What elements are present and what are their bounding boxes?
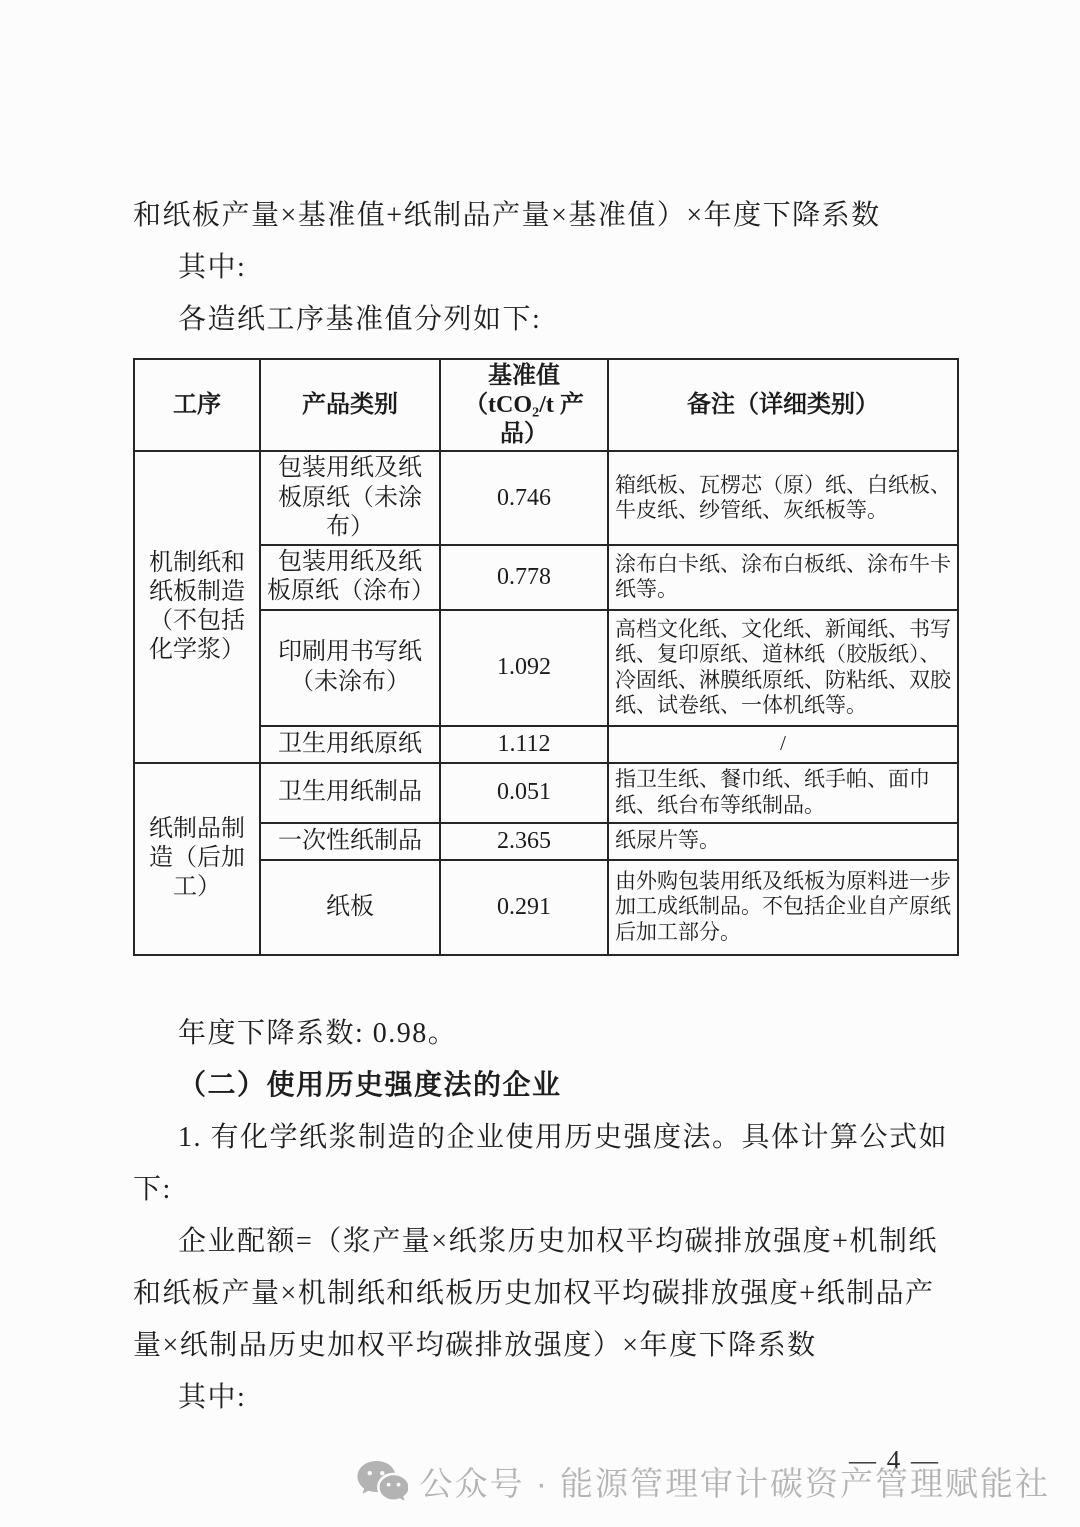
- watermark-text: 公众号 · 能源管理审计碳资产管理赋能社: [420, 1458, 1050, 1505]
- header-process: 工序: [134, 359, 260, 451]
- section-heading: （二）使用历史强度法的企业: [133, 1060, 947, 1112]
- product-cell: 包装用纸及纸板原纸（涂布）: [260, 545, 440, 610]
- among-label: 其中:: [133, 242, 947, 294]
- table-row: 机制纸和纸板制造（不包括化学浆） 包装用纸及纸板原纸（未涂布） 0.746 箱纸…: [134, 451, 958, 545]
- product-cell: 一次性纸制品: [260, 823, 440, 860]
- item1-line2: 下:: [133, 1164, 947, 1216]
- note-cell: 指卫生纸、餐巾纸、纸手帕、面巾纸、纸台布等纸制品。: [608, 763, 958, 823]
- product-cell: 卫生用纸制品: [260, 763, 440, 823]
- value-cell: 0.051: [440, 763, 608, 823]
- process-group-paper-products: 纸制品制造（后加工）: [134, 763, 260, 955]
- among-label-2: 其中:: [133, 1372, 947, 1424]
- note-cell: 高档文化纸、文化纸、新闻纸、书写纸、复印原纸、道林纸（胶版纸）、冷固纸、淋膜纸原…: [608, 610, 958, 726]
- product-cell: 卫生用纸原纸: [260, 726, 440, 763]
- value-cell: 0.746: [440, 451, 608, 545]
- watermark-footer: 公众号 · 能源管理审计碳资产管理赋能社: [0, 1458, 1050, 1505]
- formula2-line1: 企业配额=（浆产量×纸浆历史加权平均碳排放强度+机制纸: [133, 1216, 947, 1268]
- table-intro-line: 各造纸工序基准值分列如下:: [133, 294, 947, 346]
- process-group-machine-paper: 机制纸和纸板制造（不包括化学浆）: [134, 451, 260, 762]
- value-cell: 0.778: [440, 545, 608, 610]
- product-cell: 印刷用书写纸（未涂布）: [260, 610, 440, 726]
- product-cell: 纸板: [260, 860, 440, 955]
- value-cell: 0.291: [440, 860, 608, 955]
- note-cell: 箱纸板、瓦楞芯（原）纸、白纸板、牛皮纸、纱管纸、灰纸板等。: [608, 451, 958, 545]
- note-cell: 涂布白卡纸、涂布白板纸、涂布牛卡纸等。: [608, 545, 958, 610]
- value-cell: 1.092: [440, 610, 608, 726]
- header-benchmark-unit: （tCO₂/t 产品）: [447, 391, 601, 449]
- item1-line1: 1. 有化学纸浆制造的企业使用历史强度法。具体计算公式如: [133, 1112, 947, 1164]
- header-benchmark: 基准值 （tCO₂/t 产品）: [440, 359, 608, 451]
- intro-text-block: 和纸板产量×基准值+纸制品产量×基准值）×年度下降系数 其中: 各造纸工序基准值…: [133, 190, 947, 346]
- formula2-line3: 量×纸制品历史加权平均碳排放强度）×年度下降系数: [133, 1320, 947, 1372]
- note-cell: 纸尿片等。: [608, 823, 958, 860]
- header-benchmark-title: 基准值: [447, 362, 601, 391]
- header-note: 备注（详细类别）: [608, 359, 958, 451]
- benchmark-table: 工序 产品类别 基准值 （tCO₂/t 产品） 备注（详细类别） 机制纸和纸板制…: [133, 358, 959, 956]
- note-cell: /: [608, 726, 958, 763]
- product-cell: 包装用纸及纸板原纸（未涂布）: [260, 451, 440, 545]
- header-product: 产品类别: [260, 359, 440, 451]
- formula-continuation-line: 和纸板产量×基准值+纸制品产量×基准值）×年度下降系数: [133, 190, 947, 242]
- body-text-block: 年度下降系数: 0.98。 （二）使用历史强度法的企业 1. 有化学纸浆制造的企…: [133, 1008, 947, 1424]
- table-row: 纸制品制造（后加工） 卫生用纸制品 0.051 指卫生纸、餐巾纸、纸手帕、面巾纸…: [134, 763, 958, 823]
- document-page: 和纸板产量×基准值+纸制品产量×基准值）×年度下降系数 其中: 各造纸工序基准值…: [0, 0, 1080, 1527]
- formula2-line2: 和纸板产量×机制纸和纸板历史加权平均碳排放强度+纸制品产: [133, 1268, 947, 1320]
- note-cell: 由外购包装用纸及纸板为原料进一步加工成纸制品。不包括企业自产原纸后加工部分。: [608, 860, 958, 955]
- annual-factor-line: 年度下降系数: 0.98。: [133, 1008, 947, 1060]
- wechat-icon: [356, 1459, 408, 1505]
- value-cell: 2.365: [440, 823, 608, 860]
- value-cell: 1.112: [440, 726, 608, 763]
- table-header-row: 工序 产品类别 基准值 （tCO₂/t 产品） 备注（详细类别）: [134, 359, 958, 451]
